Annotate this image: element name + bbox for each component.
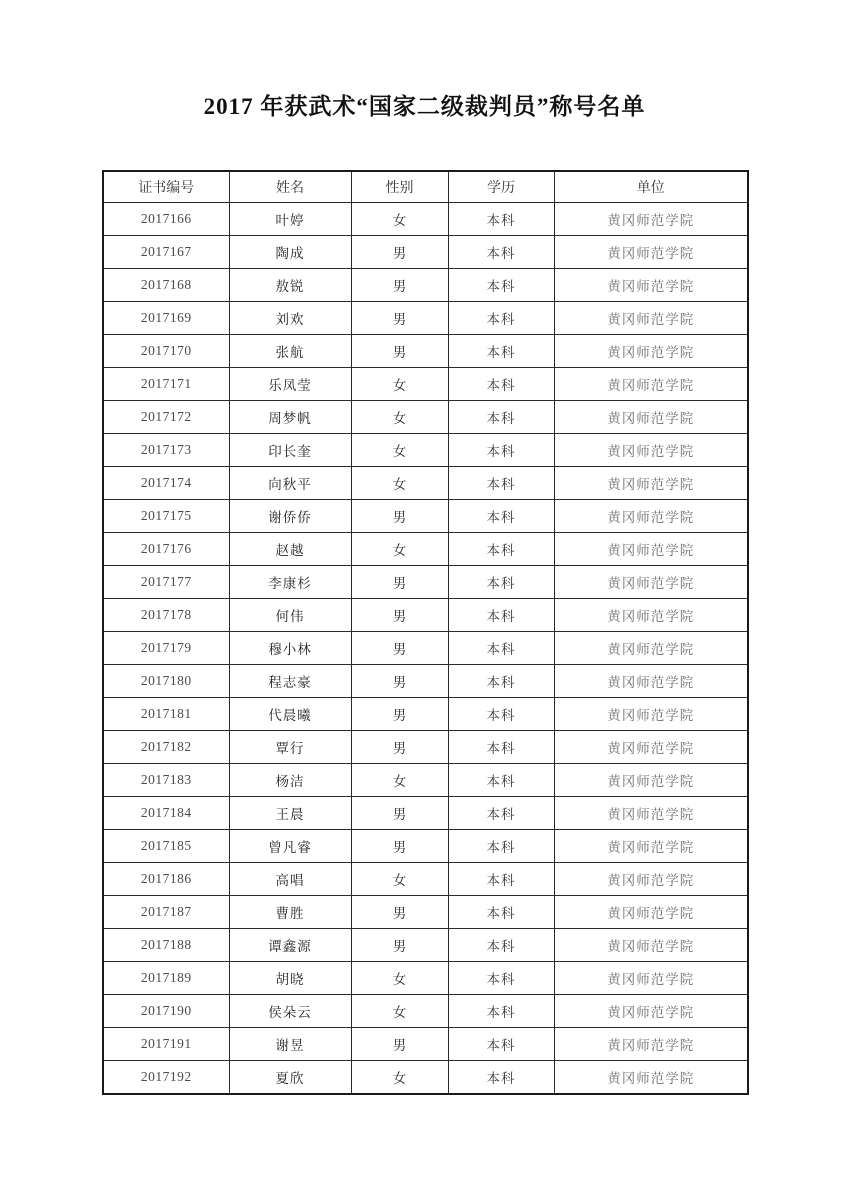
table-row: 2017172 周梦帆 女 本科 黄冈师范学院 — [103, 401, 748, 434]
table-row: 2017174 向秋平 女 本科 黄冈师范学院 — [103, 467, 748, 500]
name-cell: 敖锐 — [229, 269, 351, 302]
header-row: 证书编号 姓名 性别 学历 单位 — [103, 171, 748, 203]
unit-cell: 黄冈师范学院 — [554, 929, 748, 962]
gender-cell: 男 — [351, 797, 448, 830]
unit-cell: 黄冈师范学院 — [554, 500, 748, 533]
table-row: 2017190 侯朵云 女 本科 黄冈师范学院 — [103, 995, 748, 1028]
table-row: 2017177 李康杉 男 本科 黄冈师范学院 — [103, 566, 748, 599]
education-cell: 本科 — [448, 797, 554, 830]
table-row: 2017186 高唱 女 本科 黄冈师范学院 — [103, 863, 748, 896]
cert-number-cell: 2017174 — [103, 467, 229, 500]
name-cell: 代晨曦 — [229, 698, 351, 731]
education-cell: 本科 — [448, 566, 554, 599]
name-cell: 曹胜 — [229, 896, 351, 929]
document-title: 2017 年获武术“国家二级裁判员”称号名单 — [0, 88, 849, 121]
name-cell: 覃行 — [229, 731, 351, 764]
gender-cell: 男 — [351, 830, 448, 863]
gender-cell: 男 — [351, 896, 448, 929]
education-cell: 本科 — [448, 962, 554, 995]
table-row: 2017180 程志豪 男 本科 黄冈师范学院 — [103, 665, 748, 698]
table-header: 证书编号 姓名 性别 学历 单位 — [103, 171, 748, 203]
table-row: 2017192 夏欣 女 本科 黄冈师范学院 — [103, 1061, 748, 1095]
gender-cell: 女 — [351, 533, 448, 566]
education-cell: 本科 — [448, 665, 554, 698]
gender-cell: 男 — [351, 665, 448, 698]
cert-number-cell: 2017187 — [103, 896, 229, 929]
table-row: 2017171 乐凤莹 女 本科 黄冈师范学院 — [103, 368, 748, 401]
unit-cell: 黄冈师范学院 — [554, 764, 748, 797]
cert-number-cell: 2017172 — [103, 401, 229, 434]
table-row: 2017170 张航 男 本科 黄冈师范学院 — [103, 335, 748, 368]
education-cell: 本科 — [448, 401, 554, 434]
name-cell: 侯朵云 — [229, 995, 351, 1028]
education-cell: 本科 — [448, 335, 554, 368]
gender-cell: 女 — [351, 434, 448, 467]
table-row: 2017189 胡晓 女 本科 黄冈师范学院 — [103, 962, 748, 995]
name-cell: 何伟 — [229, 599, 351, 632]
education-cell: 本科 — [448, 698, 554, 731]
name-cell: 高唱 — [229, 863, 351, 896]
table-row: 2017187 曹胜 男 本科 黄冈师范学院 — [103, 896, 748, 929]
unit-cell: 黄冈师范学院 — [554, 533, 748, 566]
education-cell: 本科 — [448, 995, 554, 1028]
name-cell: 王晨 — [229, 797, 351, 830]
document-page: 2017 年获武术“国家二级裁判员”称号名单 证书编号 姓名 性别 学历 单位 … — [0, 0, 849, 1200]
cert-number-cell: 2017192 — [103, 1061, 229, 1095]
name-cell: 谢昱 — [229, 1028, 351, 1061]
unit-cell: 黄冈师范学院 — [554, 401, 748, 434]
gender-cell: 男 — [351, 335, 448, 368]
table-row: 2017184 王晨 男 本科 黄冈师范学院 — [103, 797, 748, 830]
table-row: 2017169 刘欢 男 本科 黄冈师范学院 — [103, 302, 748, 335]
name-cell: 胡晓 — [229, 962, 351, 995]
cert-number-cell: 2017173 — [103, 434, 229, 467]
name-cell: 周梦帆 — [229, 401, 351, 434]
name-cell: 程志豪 — [229, 665, 351, 698]
table-row: 2017175 谢侨侨 男 本科 黄冈师范学院 — [103, 500, 748, 533]
name-cell: 刘欢 — [229, 302, 351, 335]
education-cell: 本科 — [448, 764, 554, 797]
education-cell: 本科 — [448, 203, 554, 236]
name-cell: 乐凤莹 — [229, 368, 351, 401]
education-cell: 本科 — [448, 863, 554, 896]
gender-cell: 男 — [351, 731, 448, 764]
gender-cell: 女 — [351, 1061, 448, 1095]
table-row: 2017181 代晨曦 男 本科 黄冈师范学院 — [103, 698, 748, 731]
table-row: 2017182 覃行 男 本科 黄冈师范学院 — [103, 731, 748, 764]
unit-cell: 黄冈师范学院 — [554, 302, 748, 335]
cert-number-cell: 2017170 — [103, 335, 229, 368]
unit-cell: 黄冈师范学院 — [554, 731, 748, 764]
cert-number-cell: 2017177 — [103, 566, 229, 599]
unit-cell: 黄冈师范学院 — [554, 665, 748, 698]
education-cell: 本科 — [448, 731, 554, 764]
cert-number-cell: 2017176 — [103, 533, 229, 566]
header-gender: 性别 — [351, 171, 448, 203]
cert-number-cell: 2017188 — [103, 929, 229, 962]
cert-number-cell: 2017166 — [103, 203, 229, 236]
cert-number-cell: 2017184 — [103, 797, 229, 830]
name-cell: 谢侨侨 — [229, 500, 351, 533]
unit-cell: 黄冈师范学院 — [554, 236, 748, 269]
gender-cell: 女 — [351, 764, 448, 797]
name-cell: 穆小林 — [229, 632, 351, 665]
table-row: 2017168 敖锐 男 本科 黄冈师范学院 — [103, 269, 748, 302]
unit-cell: 黄冈师范学院 — [554, 863, 748, 896]
education-cell: 本科 — [448, 269, 554, 302]
education-cell: 本科 — [448, 1061, 554, 1095]
education-cell: 本科 — [448, 599, 554, 632]
unit-cell: 黄冈师范学院 — [554, 434, 748, 467]
cert-number-cell: 2017191 — [103, 1028, 229, 1061]
table-row: 2017191 谢昱 男 本科 黄冈师范学院 — [103, 1028, 748, 1061]
gender-cell: 女 — [351, 401, 448, 434]
header-name: 姓名 — [229, 171, 351, 203]
unit-cell: 黄冈师范学院 — [554, 797, 748, 830]
name-cell: 陶成 — [229, 236, 351, 269]
education-cell: 本科 — [448, 929, 554, 962]
table-row: 2017183 杨洁 女 本科 黄冈师范学院 — [103, 764, 748, 797]
unit-cell: 黄冈师范学院 — [554, 368, 748, 401]
unit-cell: 黄冈师范学院 — [554, 830, 748, 863]
name-cell: 李康杉 — [229, 566, 351, 599]
education-cell: 本科 — [448, 302, 554, 335]
gender-cell: 女 — [351, 368, 448, 401]
name-cell: 夏欣 — [229, 1061, 351, 1095]
cert-number-cell: 2017181 — [103, 698, 229, 731]
unit-cell: 黄冈师范学院 — [554, 269, 748, 302]
cert-number-cell: 2017189 — [103, 962, 229, 995]
cert-number-cell: 2017175 — [103, 500, 229, 533]
cert-number-cell: 2017185 — [103, 830, 229, 863]
gender-cell: 女 — [351, 863, 448, 896]
gender-cell: 男 — [351, 566, 448, 599]
cert-number-cell: 2017171 — [103, 368, 229, 401]
gender-cell: 女 — [351, 995, 448, 1028]
unit-cell: 黄冈师范学院 — [554, 632, 748, 665]
gender-cell: 女 — [351, 962, 448, 995]
table-row: 2017179 穆小林 男 本科 黄冈师范学院 — [103, 632, 748, 665]
unit-cell: 黄冈师范学院 — [554, 1061, 748, 1095]
cert-number-cell: 2017169 — [103, 302, 229, 335]
unit-cell: 黄冈师范学院 — [554, 566, 748, 599]
cert-number-cell: 2017183 — [103, 764, 229, 797]
gender-cell: 男 — [351, 500, 448, 533]
education-cell: 本科 — [448, 500, 554, 533]
name-cell: 叶婷 — [229, 203, 351, 236]
unit-cell: 黄冈师范学院 — [554, 467, 748, 500]
cert-number-cell: 2017179 — [103, 632, 229, 665]
education-cell: 本科 — [448, 368, 554, 401]
name-cell: 曾凡睿 — [229, 830, 351, 863]
table-body: 2017166 叶婷 女 本科 黄冈师范学院 2017167 陶成 男 本科 黄… — [103, 203, 748, 1095]
unit-cell: 黄冈师范学院 — [554, 995, 748, 1028]
name-cell: 谭鑫源 — [229, 929, 351, 962]
name-cell: 杨洁 — [229, 764, 351, 797]
header-unit: 单位 — [554, 171, 748, 203]
cert-number-cell: 2017167 — [103, 236, 229, 269]
table-row: 2017173 印长奎 女 本科 黄冈师范学院 — [103, 434, 748, 467]
table-row: 2017176 赵越 女 本科 黄冈师范学院 — [103, 533, 748, 566]
unit-cell: 黄冈师范学院 — [554, 698, 748, 731]
gender-cell: 男 — [351, 1028, 448, 1061]
education-cell: 本科 — [448, 896, 554, 929]
unit-cell: 黄冈师范学院 — [554, 1028, 748, 1061]
table-row: 2017188 谭鑫源 男 本科 黄冈师范学院 — [103, 929, 748, 962]
gender-cell: 男 — [351, 236, 448, 269]
education-cell: 本科 — [448, 830, 554, 863]
roster-table: 证书编号 姓名 性别 学历 单位 2017166 叶婷 女 本科 黄冈师范学院 … — [102, 170, 749, 1095]
education-cell: 本科 — [448, 632, 554, 665]
cert-number-cell: 2017182 — [103, 731, 229, 764]
gender-cell: 男 — [351, 302, 448, 335]
name-cell: 张航 — [229, 335, 351, 368]
name-cell: 向秋平 — [229, 467, 351, 500]
table-row: 2017166 叶婷 女 本科 黄冈师范学院 — [103, 203, 748, 236]
gender-cell: 男 — [351, 269, 448, 302]
education-cell: 本科 — [448, 467, 554, 500]
header-education: 学历 — [448, 171, 554, 203]
header-cert-number: 证书编号 — [103, 171, 229, 203]
education-cell: 本科 — [448, 236, 554, 269]
table-row: 2017167 陶成 男 本科 黄冈师范学院 — [103, 236, 748, 269]
unit-cell: 黄冈师范学院 — [554, 335, 748, 368]
unit-cell: 黄冈师范学院 — [554, 599, 748, 632]
cert-number-cell: 2017168 — [103, 269, 229, 302]
table-row: 2017178 何伟 男 本科 黄冈师范学院 — [103, 599, 748, 632]
gender-cell: 男 — [351, 599, 448, 632]
gender-cell: 男 — [351, 632, 448, 665]
name-cell: 印长奎 — [229, 434, 351, 467]
gender-cell: 女 — [351, 467, 448, 500]
gender-cell: 男 — [351, 929, 448, 962]
cert-number-cell: 2017190 — [103, 995, 229, 1028]
table-row: 2017185 曾凡睿 男 本科 黄冈师范学院 — [103, 830, 748, 863]
cert-number-cell: 2017186 — [103, 863, 229, 896]
unit-cell: 黄冈师范学院 — [554, 203, 748, 236]
gender-cell: 男 — [351, 698, 448, 731]
name-cell: 赵越 — [229, 533, 351, 566]
gender-cell: 女 — [351, 203, 448, 236]
education-cell: 本科 — [448, 533, 554, 566]
unit-cell: 黄冈师范学院 — [554, 896, 748, 929]
unit-cell: 黄冈师范学院 — [554, 962, 748, 995]
education-cell: 本科 — [448, 434, 554, 467]
cert-number-cell: 2017178 — [103, 599, 229, 632]
education-cell: 本科 — [448, 1028, 554, 1061]
cert-number-cell: 2017180 — [103, 665, 229, 698]
